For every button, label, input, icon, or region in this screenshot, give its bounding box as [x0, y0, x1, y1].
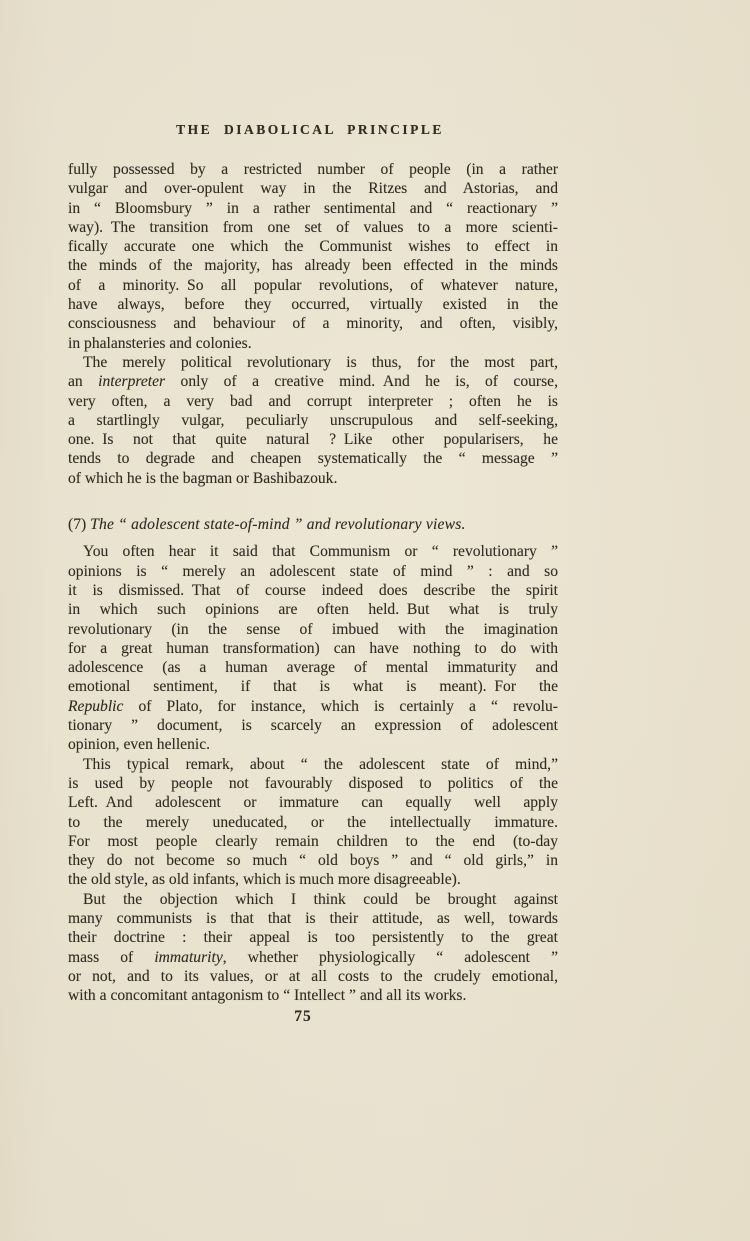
italic-text: interpreter [98, 373, 165, 390]
text-line: fically accurate one which the Communist… [68, 237, 558, 256]
text-line: mass of immaturity, whether physiologica… [68, 948, 558, 967]
paragraph: The merely political revolutionary is th… [68, 353, 558, 488]
text-line: Left. And adolescent or immature can equ… [68, 793, 558, 812]
text-segment: , whether physiologically “ adolescent ” [223, 949, 558, 966]
page-number: 75 [58, 1008, 548, 1026]
text-segment: in which such opinions are often held. B… [68, 601, 558, 618]
text-line: to the merely uneducated, or the intelle… [68, 813, 558, 832]
text-line: their doctrine : their appeal is too per… [68, 928, 558, 947]
text-line: (7) The “ adolescent state-of-mind ” and… [68, 515, 558, 534]
text-segment: opinion, even hellenic. [68, 736, 210, 753]
text-segment: one. Is not that quite natural ? Like ot… [68, 431, 558, 448]
text-segment: it is dismissed. That of course indeed d… [68, 582, 558, 599]
text-segment: You often hear it said that Communism or… [83, 543, 558, 560]
text-segment: mass of [68, 949, 154, 966]
text-line: For most people clearly remain children … [68, 832, 558, 851]
text-line: with a concomitant antagonism to “ Intel… [68, 986, 558, 1005]
text-segment: or not, and to its values, or at all cos… [68, 968, 558, 985]
italic-text: immaturity [154, 949, 222, 966]
text-line: tionary ” document, is scarcely an expre… [68, 716, 558, 735]
text-segment: they do not become so much “ old boys ” … [68, 852, 558, 869]
text-line: consciousness and behaviour of a minorit… [68, 314, 558, 333]
text-segment: consciousness and behaviour of a minorit… [68, 315, 558, 332]
paragraph: But the objection which I think could be… [68, 890, 558, 1006]
text-segment: fully possessed by a restricted number o… [68, 161, 558, 178]
paragraph: You often hear it said that Communism or… [68, 542, 558, 754]
text-line: fully possessed by a restricted number o… [68, 160, 558, 179]
text-line: in “ Bloomsbury ” in a rather sentimenta… [68, 199, 558, 218]
scanned-book-page: THE DIABOLICAL PRINCIPLE fully possessed… [0, 0, 750, 1241]
text-line: one. Is not that quite natural ? Like ot… [68, 430, 558, 449]
text-segment: a startlingly vulgar, peculiarly unscrup… [68, 412, 558, 429]
text-line: vulgar and over-opulent way in the Ritze… [68, 179, 558, 198]
text-segment: their doctrine : their appeal is too per… [68, 929, 558, 946]
text-segment: (7) [68, 516, 90, 533]
text-segment: opinions is “ merely an adolescent state… [68, 563, 558, 580]
text-segment: vulgar and over-opulent way in the Ritze… [68, 180, 558, 197]
text-segment: very often, a very bad and corrupt inter… [68, 393, 558, 410]
text-segment: in “ Bloomsbury ” in a rather sentimenta… [68, 200, 558, 217]
text-block: fully possessed by a restricted number o… [68, 160, 558, 1005]
text-line: tends to degrade and cheapen systematica… [68, 449, 558, 468]
text-segment: revolutionary (in the sense of imbued wi… [68, 621, 558, 638]
text-segment: way). The transition from one set of val… [68, 219, 558, 236]
text-line: the minds of the majority, has already b… [68, 256, 558, 275]
text-line: The merely political revolutionary is th… [68, 353, 558, 372]
text-line: of a minority. So all popular revolution… [68, 276, 558, 295]
text-segment: for a great human transformation) can ha… [68, 640, 558, 657]
text-line: for a great human transformation) can ha… [68, 639, 558, 658]
text-line: But the objection which I think could be… [68, 890, 558, 909]
text-line: an interpreter only of a creative mind. … [68, 372, 558, 391]
text-line: Republic of Plato, for instance, which i… [68, 697, 558, 716]
text-segment: an [68, 373, 98, 390]
text-segment: the old style, as old infants, which is … [68, 871, 461, 888]
paragraph: fully possessed by a restricted number o… [68, 160, 558, 353]
text-line: in phalansteries and colonies. [68, 334, 558, 353]
paragraph: This typical remark, about “ the adolesc… [68, 755, 558, 890]
text-segment: have always, before they occurred, virtu… [68, 296, 558, 313]
text-segment: Left. And adolescent or immature can equ… [68, 794, 558, 811]
text-segment: The merely political revolutionary is th… [83, 354, 558, 371]
text-line: You often hear it said that Communism or… [68, 542, 558, 561]
text-line: or not, and to its values, or at all cos… [68, 967, 558, 986]
text-segment: tionary ” document, is scarcely an expre… [68, 717, 558, 734]
text-segment: adolescence (as a human average of menta… [68, 659, 558, 676]
text-segment: This typical remark, about “ the adolesc… [83, 756, 558, 773]
text-line: it is dismissed. That of course indeed d… [68, 581, 558, 600]
text-line: opinions is “ merely an adolescent state… [68, 562, 558, 581]
text-line: a startlingly vulgar, peculiarly unscrup… [68, 411, 558, 430]
text-line: opinion, even hellenic. [68, 735, 558, 754]
text-line: they do not become so much “ old boys ” … [68, 851, 558, 870]
italic-text: Republic [68, 698, 123, 715]
text-segment: of which he is the bagman or Bashibazouk… [68, 470, 337, 487]
text-segment: of Plato, for instance, which is certain… [123, 698, 558, 715]
text-segment: tends to degrade and cheapen systematica… [68, 450, 558, 467]
text-line: of which he is the bagman or Bashibazouk… [68, 469, 558, 488]
text-line: have always, before they occurred, virtu… [68, 295, 558, 314]
text-segment: with a concomitant antagonism to “ Intel… [68, 987, 466, 1004]
text-segment: But the objection which I think could be… [83, 891, 558, 908]
text-line: way). The transition from one set of val… [68, 218, 558, 237]
text-line: This typical remark, about “ the adolesc… [68, 755, 558, 774]
text-line: revolutionary (in the sense of imbued wi… [68, 620, 558, 639]
text-segment: many communists is that that is their at… [68, 910, 558, 927]
text-segment: in phalansteries and colonies. [68, 335, 252, 352]
text-segment: emotional sentiment, if that is what is … [68, 678, 558, 695]
text-segment: fically accurate one which the Communist… [68, 238, 558, 255]
running-header: THE DIABOLICAL PRINCIPLE [65, 122, 555, 138]
text-segment: is used by people not favourably dispose… [68, 775, 558, 792]
text-segment: only of a creative mind. And he is, of c… [165, 373, 558, 390]
italic-text: The “ adolescent state-of-mind ” and rev… [90, 516, 466, 533]
text-line: in which such opinions are often held. B… [68, 600, 558, 619]
text-segment: of a minority. So all popular revolution… [68, 277, 558, 294]
text-segment: the minds of the majority, has already b… [68, 257, 558, 274]
text-line: emotional sentiment, if that is what is … [68, 677, 558, 696]
text-segment: For most people clearly remain children … [68, 833, 558, 850]
text-line: the old style, as old infants, which is … [68, 870, 558, 889]
text-line: very often, a very bad and corrupt inter… [68, 392, 558, 411]
text-line: many communists is that that is their at… [68, 909, 558, 928]
section-heading: (7) The “ adolescent state-of-mind ” and… [68, 515, 558, 534]
text-line: is used by people not favourably dispose… [68, 774, 558, 793]
text-segment: to the merely uneducated, or the intelle… [68, 814, 558, 831]
text-line: adolescence (as a human average of menta… [68, 658, 558, 677]
